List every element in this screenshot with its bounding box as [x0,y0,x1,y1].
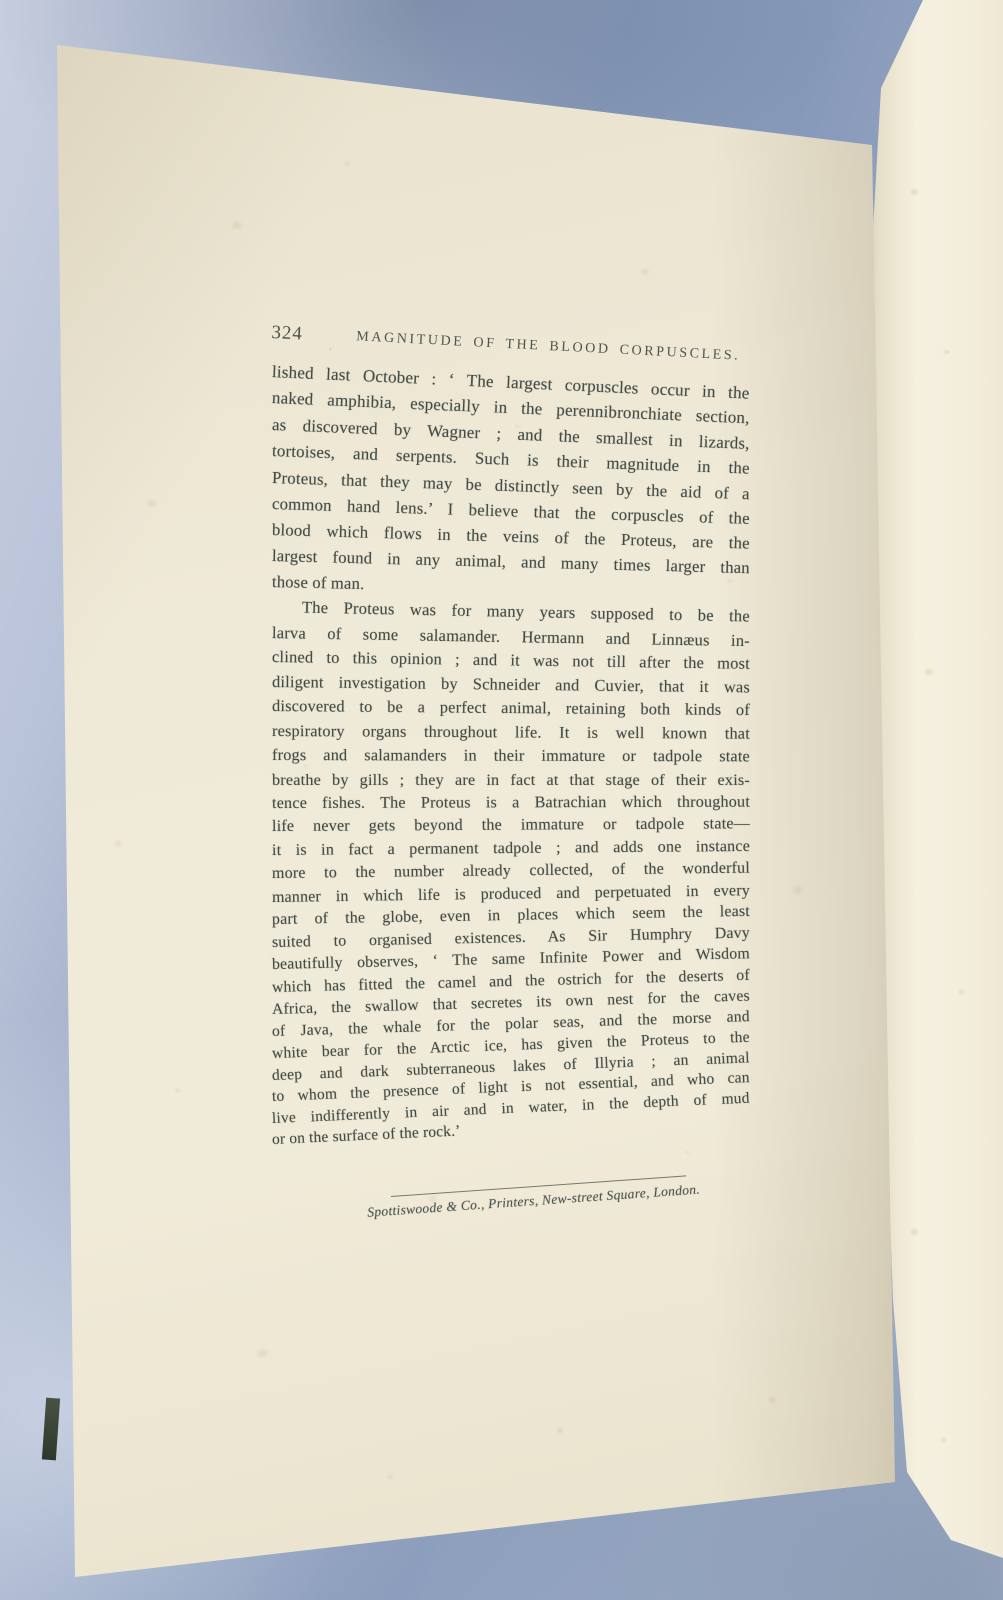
book-cover-edge [42,1398,60,1461]
printer-imprint-block: Spottiswoode & Co., Printers, New-street… [363,1174,704,1221]
page-number: 324 [271,322,304,346]
book-page: 324 MAGNITUDE OF THE BLOOD CORPUSCLES. l… [50,40,900,1585]
page-body: lished last October : ‘ The largest corp… [272,358,750,1150]
photo-background: 324 MAGNITUDE OF THE BLOOD CORPUSCLES. l… [0,0,1003,1600]
text-line: breathe by gills ; they are in fact at t… [272,768,750,792]
text-line: respiratory organs throughout life. It i… [272,719,750,746]
printer-imprint: Spottiswoode & Co., Printers, New-street… [363,1181,703,1221]
text-line: tence fishes. The Proteus is a Batrachia… [272,790,750,815]
text-line: frogs and salamanders in their immature … [272,743,750,769]
